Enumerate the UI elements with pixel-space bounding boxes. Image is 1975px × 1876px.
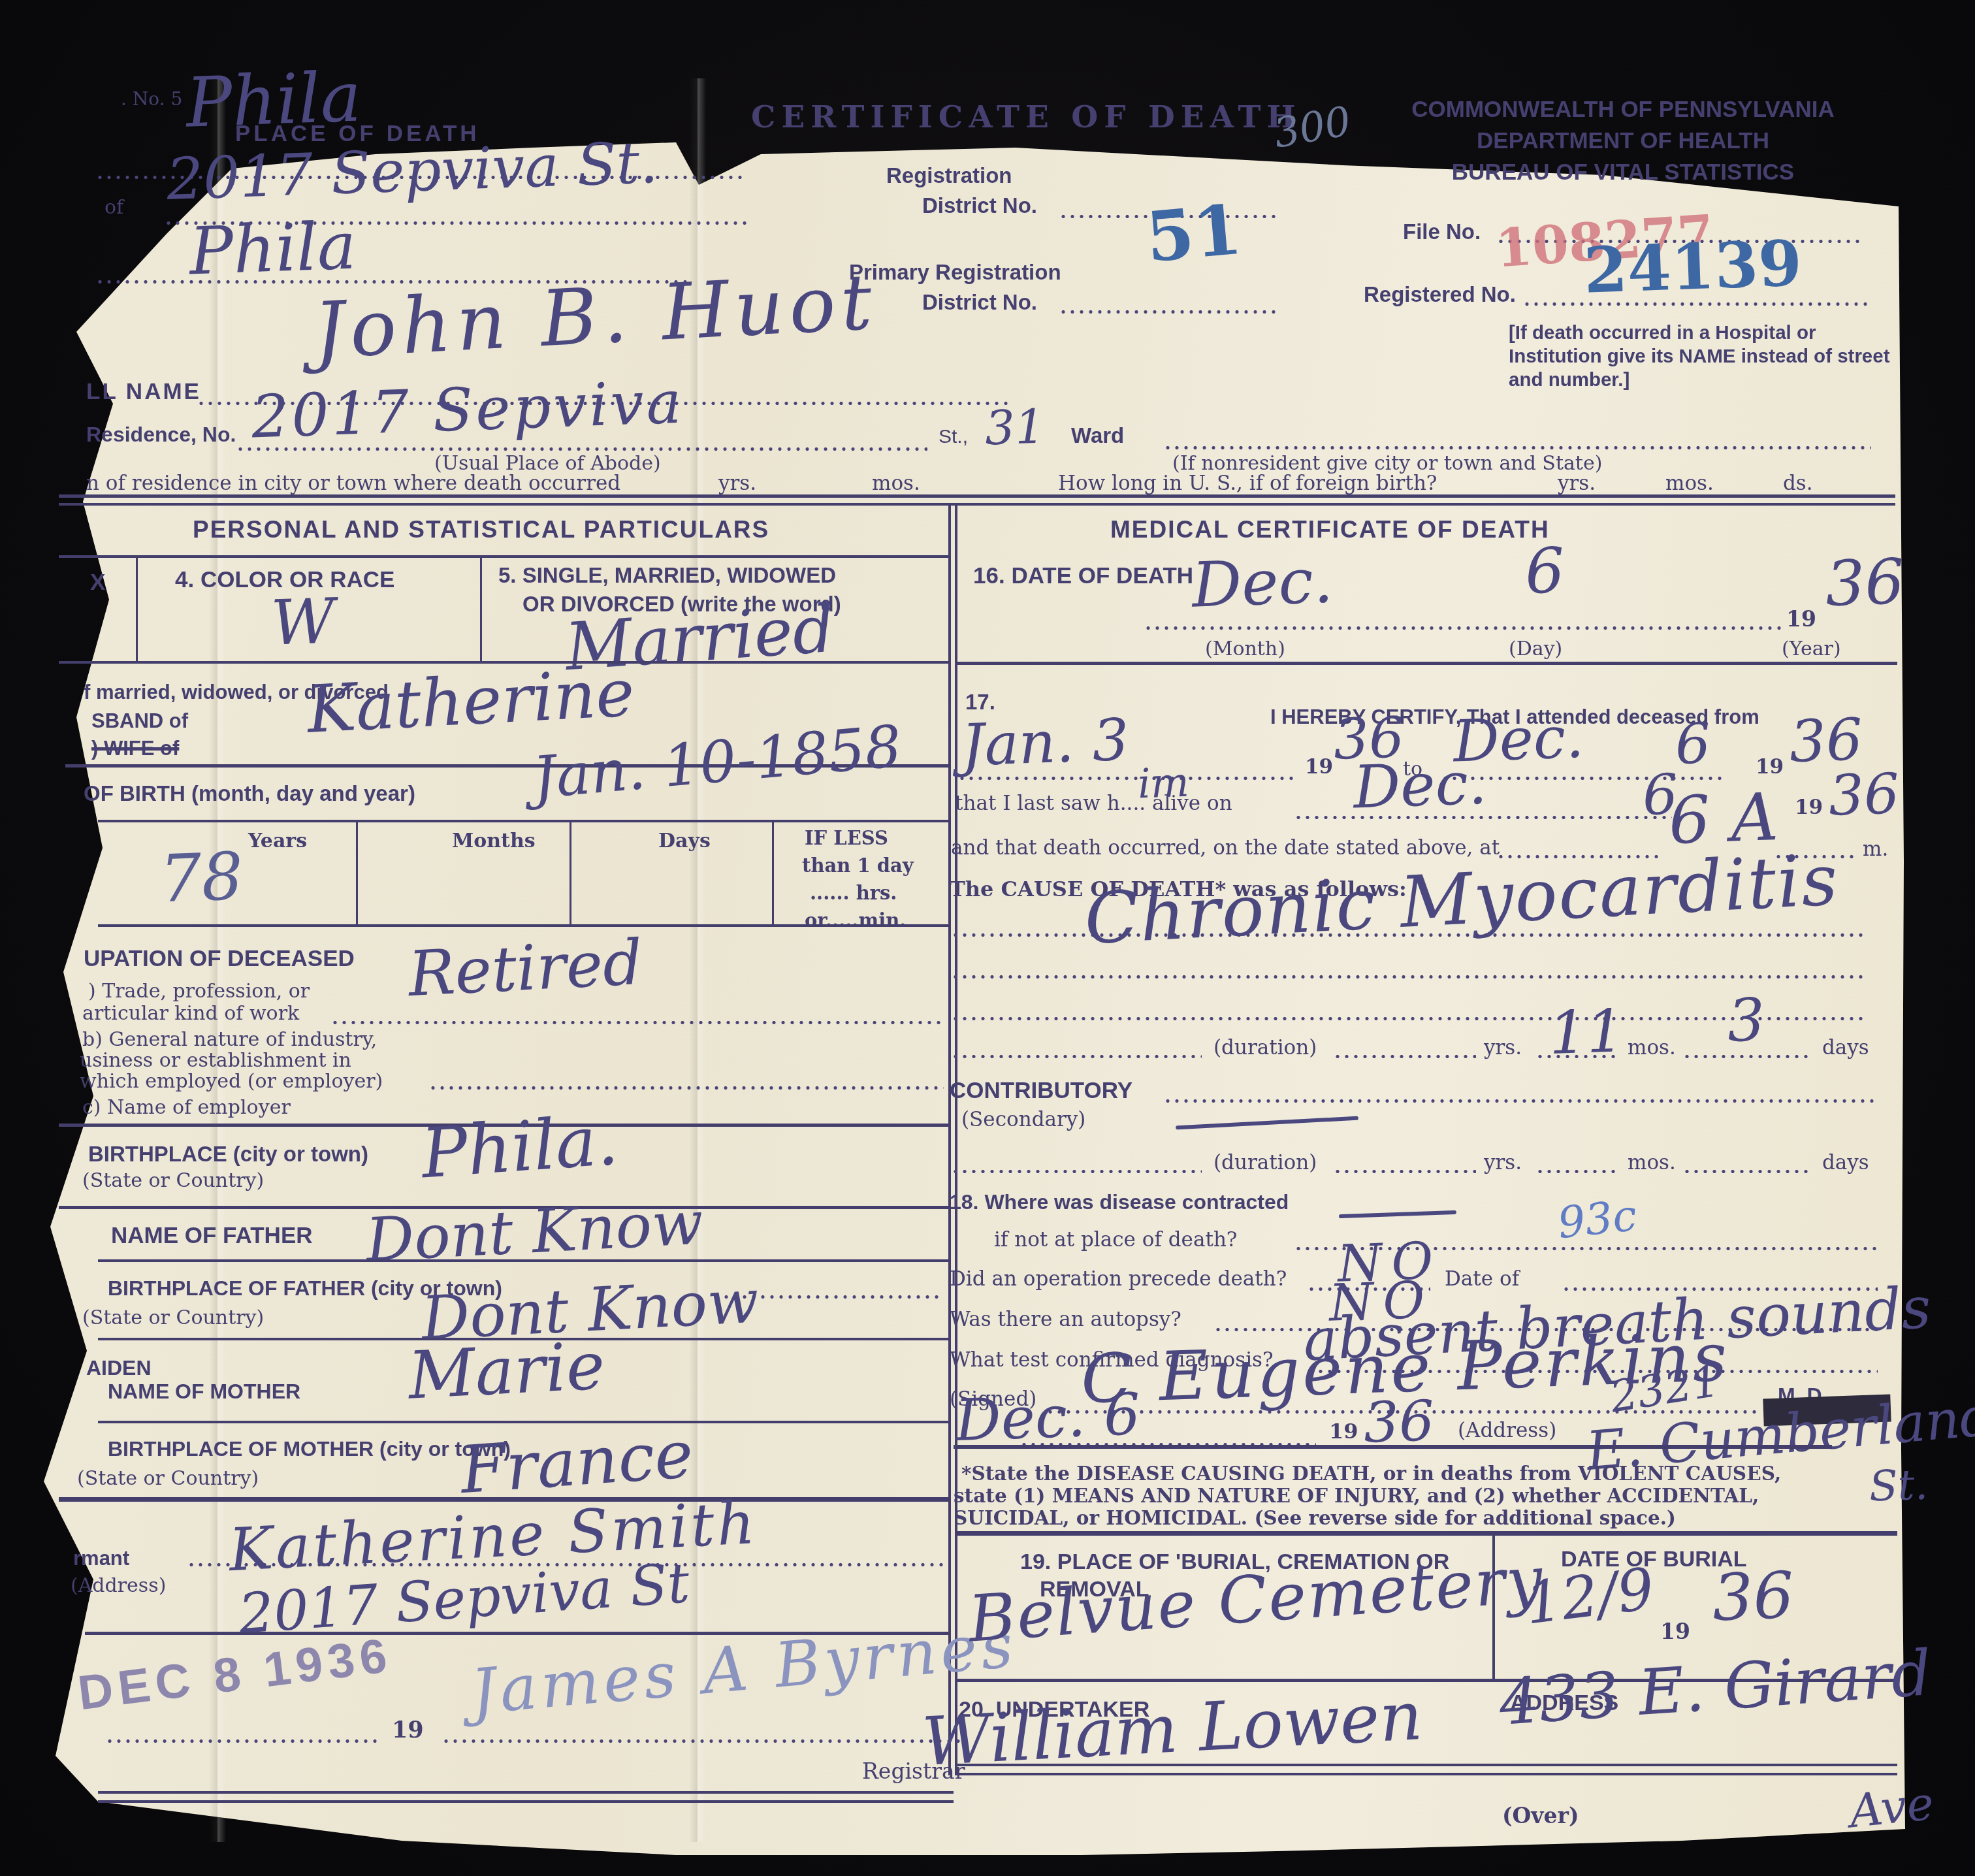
year-19-printed: 19 — [1795, 796, 1823, 819]
year-19-printed: 19 — [1660, 1619, 1690, 1644]
sex-fragment: X — [90, 570, 105, 596]
registered-number-stamp: 24139 — [1582, 226, 1803, 308]
residence-label: Residence, No. — [86, 423, 236, 447]
days-label: days — [1822, 1151, 1869, 1174]
place-city-handwriting: Phila — [185, 57, 362, 142]
occupation-b-label-1: b) General nature of industry, — [82, 1028, 377, 1051]
bureau-heading: BUREAU OF VITAL STATISTICS — [1358, 159, 1887, 186]
husband-of-label: SBAND of — [91, 709, 188, 733]
column-divider — [948, 504, 951, 1775]
dotted-line — [1061, 310, 1280, 314]
duration-days-handwriting: 3 — [1726, 986, 1766, 1056]
footnote-line-2: state (1) MEANS AND NATURE OF INJURY, an… — [954, 1484, 1759, 1507]
of-label: of — [104, 196, 123, 219]
department-heading: DEPARTMENT OF HEALTH — [1358, 128, 1887, 154]
dotted-line — [444, 1739, 960, 1743]
rule — [98, 1259, 948, 1262]
dotted-line — [954, 933, 1868, 937]
corner-fragment: . No. 5 — [121, 88, 182, 110]
dotted-line — [1296, 815, 1672, 820]
color-race-handwriting: W — [270, 585, 336, 659]
hrs-label: ...... hrs. — [810, 882, 897, 904]
residence-duration-label: n of residence in city or town where dea… — [86, 472, 620, 495]
death-certificate-scan: . No. 5 PLACE OF DEATH Phila of 2017 Sep… — [0, 0, 1975, 1876]
st-label: St., — [939, 426, 968, 448]
dotted-line — [1166, 445, 1871, 450]
duration-label: (duration) — [1213, 1151, 1317, 1174]
occupation-a-label-2: articular kind of work — [82, 1002, 299, 1025]
cell-divider — [570, 820, 571, 924]
address-label: (Address) — [1458, 1419, 1556, 1442]
year-19-printed: 19 — [392, 1717, 424, 1743]
occupation-b-label-3: which employed (or employer) — [80, 1070, 383, 1093]
month-label: (Month) — [1205, 638, 1285, 660]
registered-no-label: Registered No. — [1364, 282, 1516, 307]
year-19-printed: 19 — [1329, 1419, 1358, 1444]
date-of-death-label: 16. DATE OF DEATH — [973, 563, 1193, 589]
father-label: NAME OF FATHER — [111, 1223, 313, 1249]
double-rule — [98, 1800, 954, 1803]
mother-birthplace-label-2: (State or Country) — [77, 1467, 259, 1490]
min-label: or.....min. — [805, 909, 906, 931]
date-of-label: Date of — [1445, 1267, 1519, 1291]
death-month-handwriting: Dec. — [1191, 545, 1334, 621]
heavy-rule — [59, 1497, 948, 1502]
registration-label: Registration — [886, 163, 1012, 188]
dotted-line — [1336, 1169, 1476, 1174]
residence-city-handwriting: Phila — [188, 208, 357, 290]
undertaker-address-2-handwriting: Ave — [1847, 1776, 1936, 1838]
dotted-line — [431, 1086, 944, 1090]
attended-to-day-handwriting: 6 — [1674, 711, 1712, 777]
operation-label: Did an operation precede death? — [950, 1267, 1287, 1291]
rule — [98, 820, 948, 822]
informant-address-label: (Address) — [71, 1574, 166, 1597]
rule — [954, 1445, 1832, 1449]
dotted-line — [954, 975, 1868, 979]
primary-registration-label: Primary Registration — [849, 260, 1061, 285]
death-day-handwriting: 6 — [1524, 535, 1566, 608]
cell-divider — [772, 820, 774, 924]
cell-divider — [480, 555, 482, 661]
him-handwriting: im — [1137, 758, 1190, 808]
footnote-line-1: *State the DISEASE CAUSING DEATH, or in … — [961, 1462, 1781, 1485]
left-column-header: PERSONAL AND STATISTICAL PARTICULARS — [193, 516, 769, 543]
mother-birthplace-label-1: BIRTHPLACE OF MOTHER (city or town) — [108, 1437, 511, 1461]
double-rule — [59, 494, 1895, 498]
birthplace-handwriting: Phila. — [419, 1101, 620, 1194]
if-less-label-1: IF LESS — [805, 827, 888, 849]
heavy-rule — [957, 1531, 1897, 1536]
rule — [957, 662, 1897, 665]
mos-label: mos. — [1628, 1036, 1676, 1059]
occupation-b-label-2: usiness or establishment in — [80, 1049, 351, 1072]
year-label: (Year) — [1782, 638, 1841, 660]
occupation-c-label: c) Name of employer — [82, 1096, 291, 1119]
occupation-handwriting: Retired — [406, 927, 644, 1011]
mos-label: mos. — [1665, 472, 1714, 495]
age-years-handwriting: 78 — [159, 838, 244, 917]
last-saw-year-handwriting: 36 — [1827, 762, 1901, 829]
if-less-label-2: than 1 day — [802, 854, 914, 877]
father-birthplace-label-2: (State or Country) — [82, 1306, 264, 1329]
year-19-printed: 19 — [1305, 755, 1333, 779]
ward-label: Ward — [1071, 423, 1124, 448]
dotted-line — [960, 776, 1293, 781]
dotted-line — [238, 447, 927, 451]
death-occurred-label: and that death occurred, on the date sta… — [951, 836, 1500, 860]
duration-label: (duration) — [1213, 1036, 1317, 1059]
dotted-line — [954, 1169, 1202, 1174]
yrs-label: yrs. — [718, 472, 756, 495]
double-rule — [957, 1773, 1897, 1775]
ds-label: ds. — [1783, 472, 1813, 495]
rule — [98, 1421, 948, 1423]
dotted-line — [108, 1739, 382, 1743]
m-label: m. — [1863, 837, 1888, 861]
occupation-a-label-1: ) Trade, profession, or — [88, 980, 310, 1003]
where-contracted-label-1: 18. Where was disease contracted — [950, 1190, 1289, 1214]
days-label: days — [1822, 1036, 1869, 1059]
cell-divider — [356, 820, 358, 924]
informant-label: rmant — [73, 1547, 129, 1570]
last-saw-label: that I last saw h.... alive on — [955, 792, 1232, 815]
yrs-label: yrs. — [1558, 472, 1596, 495]
year-19-printed: 19 — [1786, 606, 1816, 632]
year-19-printed: 19 — [1756, 755, 1784, 779]
ward-number-handwriting: 31 — [984, 398, 1046, 455]
how-long-us-label: How long in U. S., if of foreign birth? — [1058, 472, 1437, 495]
dotted-line — [333, 1020, 944, 1025]
mos-label: mos. — [872, 472, 920, 495]
cell-divider — [136, 555, 138, 661]
column-divider — [955, 504, 957, 1775]
day-label: (Day) — [1509, 638, 1562, 660]
maiden-label-1: AIDEN — [86, 1356, 152, 1380]
dotted-line — [1538, 1054, 1616, 1059]
dob-label: OF BIRTH (month, day and year) — [84, 781, 415, 806]
wife-of-label-struck: ) WIFE of — [91, 737, 179, 760]
hospital-note: [If death occurred in a Hospital or Inst… — [1509, 321, 1894, 392]
dotted-line — [1166, 1099, 1878, 1103]
over-label: (Over) — [1502, 1803, 1579, 1828]
yrs-label: yrs. — [1484, 1036, 1522, 1059]
primary-district-label: District No. — [922, 290, 1037, 315]
full-name-label: LL NAME — [86, 379, 201, 405]
rule — [59, 555, 948, 558]
file-no-label: File No. — [1403, 219, 1481, 244]
dotted-line — [954, 1054, 1202, 1059]
burial-year-handwriting: 36 — [1711, 1559, 1795, 1636]
blue-note-handwriting: 93c — [1555, 1190, 1639, 1248]
district-number-stamp: 51 — [1143, 189, 1245, 278]
registration-district-label: District No. — [922, 193, 1037, 218]
dotted-line — [1538, 1169, 1616, 1174]
death-year-handwriting: 36 — [1824, 546, 1906, 621]
secondary-label: (Secondary) — [961, 1108, 1085, 1131]
attended-from-handwriting: Jan. 3 — [960, 706, 1130, 779]
dotted-line — [1685, 1169, 1809, 1174]
contributory-label: CONTRIBUTORY — [950, 1078, 1132, 1104]
right-column-header: MEDICAL CERTIFICATE OF DEATH — [1110, 516, 1550, 543]
last-saw-month-handwriting: Dec. — [1352, 749, 1488, 822]
months-header: Months — [452, 830, 536, 852]
days-header: Days — [658, 830, 711, 852]
dotted-line — [1685, 1054, 1809, 1059]
rule — [98, 924, 948, 927]
birthplace-label-2: (State or Country) — [82, 1169, 264, 1192]
maiden-label-2: NAME OF MOTHER — [108, 1380, 300, 1404]
marital-label-1: 5. SINGLE, MARRIED, WIDOWED — [498, 563, 836, 588]
dotted-line — [1146, 626, 1783, 630]
birthplace-label-1: BIRTHPLACE (city or town) — [88, 1142, 368, 1167]
yrs-label: yrs. — [1484, 1151, 1522, 1174]
occupation-header: UPATION OF DECEASED — [84, 946, 355, 972]
double-rule — [98, 1791, 954, 1794]
years-header: Years — [248, 830, 307, 852]
double-rule — [59, 503, 1895, 506]
double-rule — [957, 1764, 1897, 1766]
mos-label: mos. — [1628, 1151, 1676, 1174]
where-contracted-label-2: if not at place of death? — [994, 1228, 1237, 1252]
physician-address-st-handwriting: St. — [1869, 1461, 1929, 1511]
autopsy-label: Was there an autopsy? — [950, 1308, 1181, 1331]
footnote-line-3: SUICIDAL, or HOMICIDAL. (See reverse sid… — [954, 1506, 1676, 1529]
certificate-title: CERTIFICATE OF DEATH — [751, 99, 1302, 135]
mother-name-handwriting: Marie — [406, 1327, 607, 1414]
commonwealth-heading: COMMONWEALTH OF PENNSYLVANIA — [1358, 97, 1887, 123]
dotted-line — [1336, 1054, 1476, 1059]
